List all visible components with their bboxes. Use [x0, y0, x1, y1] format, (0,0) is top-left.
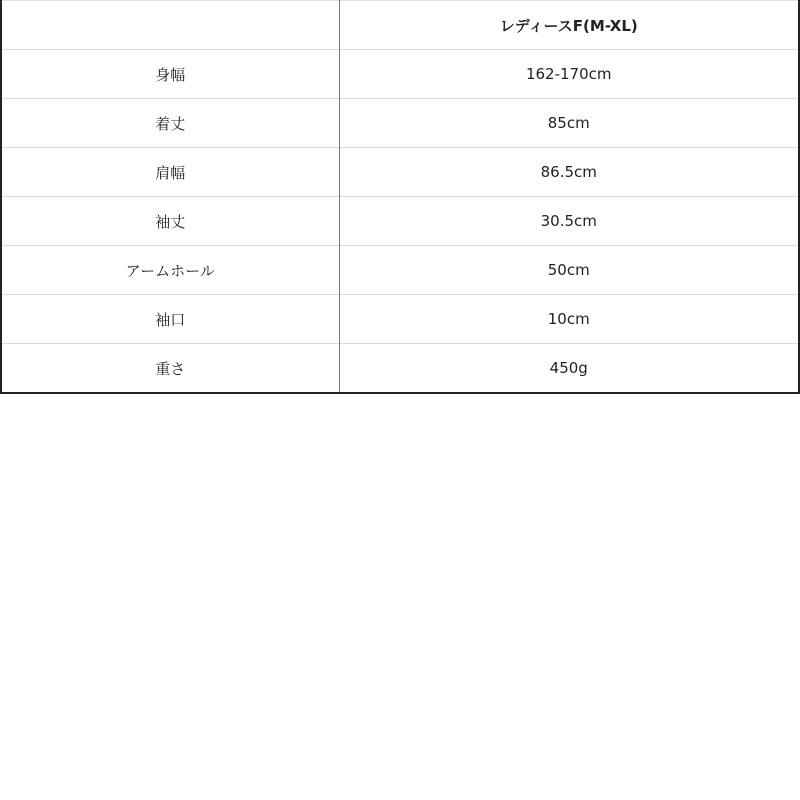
- size-column-header: レディースF(M-XL): [339, 1, 799, 50]
- measure-value: 162-170cm: [339, 50, 799, 99]
- measure-label: 重さ: [1, 344, 339, 394]
- measure-value: 30.5cm: [339, 197, 799, 246]
- table-row: アームホール 50cm: [1, 246, 799, 295]
- measure-value: 10cm: [339, 295, 799, 344]
- header-row: レディースF(M-XL): [1, 1, 799, 50]
- size-chart-table: レディースF(M-XL) 身幅 162-170cm 着丈 85cm 肩幅 86.…: [0, 0, 800, 394]
- table-row: 着丈 85cm: [1, 99, 799, 148]
- table-row: 身幅 162-170cm: [1, 50, 799, 99]
- measure-label: 袖丈: [1, 197, 339, 246]
- measure-label: 身幅: [1, 50, 339, 99]
- measure-value: 50cm: [339, 246, 799, 295]
- measure-label: 袖口: [1, 295, 339, 344]
- measure-value: 86.5cm: [339, 148, 799, 197]
- table-row: 袖口 10cm: [1, 295, 799, 344]
- corner-cell: [1, 1, 339, 50]
- table-row: 袖丈 30.5cm: [1, 197, 799, 246]
- measure-value: 450g: [339, 344, 799, 394]
- table-row: 肩幅 86.5cm: [1, 148, 799, 197]
- measure-label: アームホール: [1, 246, 339, 295]
- measure-value: 85cm: [339, 99, 799, 148]
- measure-label: 着丈: [1, 99, 339, 148]
- measure-label: 肩幅: [1, 148, 339, 197]
- table-row: 重さ 450g: [1, 344, 799, 394]
